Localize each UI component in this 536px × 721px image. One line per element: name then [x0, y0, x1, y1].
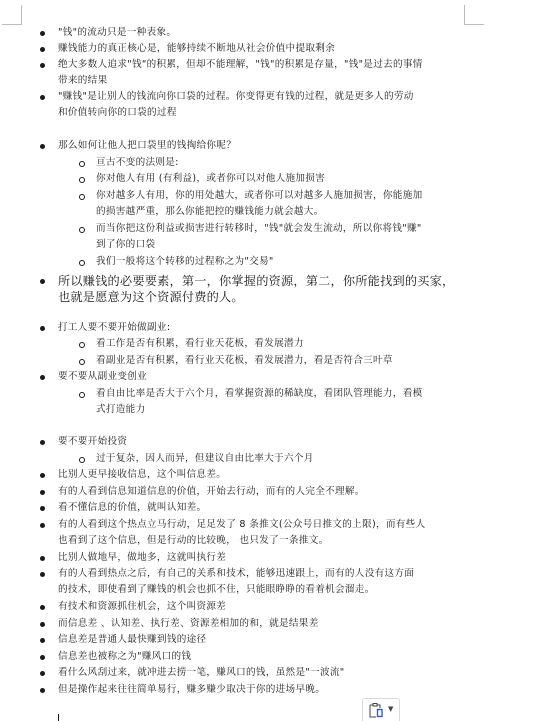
- clipboard-paste-icon: [368, 702, 386, 719]
- sub-list-item-text: 的损害越严重，那么你能把控的赚钱能力就会越大。: [96, 204, 324, 221]
- list-item-text: 和价值转向你的口袋的过程: [58, 105, 177, 122]
- bullet-icon: [40, 638, 45, 643]
- list-item-text: 带来的结果: [58, 73, 107, 90]
- sub-bullet-icon: [79, 392, 85, 398]
- list-item-text: "赚钱"是让别人的钱流向你口袋的过程。你变得更有钱的过程，就是更多人的劳动: [58, 89, 414, 106]
- text-cursor: [58, 714, 59, 721]
- sub-list-item-text: 而当你把这份利益或损害进行转移时，"钱"就会发生流动，所以你将钱"赚": [96, 221, 422, 238]
- list-item-text: 看什么风刮过来，就冲进去捞一笔，赚风口的钱，虽然是"一波流": [58, 665, 344, 682]
- list-item-text: 有技术和资源抓住机会，这个叫资源差: [58, 599, 226, 616]
- sub-list-item-text: 式打造能力: [96, 402, 145, 419]
- list-item-text: 那么如何让他人把口袋里的钱掏给你呢？: [58, 138, 236, 155]
- bullet-icon: [40, 523, 45, 528]
- bullet-icon: [40, 490, 45, 495]
- list-item-text: 绝大多数人追求"钱"的积累，但却不能理解，"钱"的积累是存量，"钱"是过去的事情: [58, 57, 423, 74]
- bullet-icon: [40, 326, 45, 331]
- bullet-icon: [40, 506, 45, 511]
- sub-list-item-text: 到了你的口袋: [96, 237, 155, 254]
- bullet-icon: [40, 556, 45, 561]
- list-item-text: 有的人看到信息知道信息的价值，开始去行动，而有的人完全不理解。: [58, 484, 365, 501]
- sub-bullet-icon: [79, 457, 85, 463]
- sub-bullet-icon: [79, 161, 85, 167]
- list-item-text: 也看到了这个信息，但是行动的比较晚， 也只发了一条推文。: [58, 533, 328, 550]
- list-item-text: 打工人要不要开始做副业:: [58, 320, 170, 337]
- list-item-text: 要不要从副业变创业: [58, 369, 147, 386]
- list-item-text: 信息差也被称之为"赚风口的钱: [58, 649, 191, 666]
- sub-list-item-text: 看自由比率是否大于六个月，看掌握资源的稀缺度，看团队管理能力，看模: [96, 386, 423, 403]
- list-item-text: 有的人看到这个热点立马行动，足足发了 8 条推文(公众号日推文的上限)，而有些人: [58, 517, 425, 534]
- bullet-icon: [40, 440, 45, 445]
- list-item-text: 但是操作起来往往简单易行，赚多赚少取决于你的进场早晚。: [58, 682, 325, 699]
- bullet-icon: [40, 655, 45, 660]
- list-item-text: "钱"的流动只是一种表象。: [58, 25, 176, 42]
- sub-bullet-icon: [79, 227, 85, 233]
- list-item-text: 而信息差 、认知差、执行差、资源差相加的和，就是结果差: [58, 616, 319, 633]
- bullet-icon: [40, 31, 45, 36]
- bullet-icon: [40, 63, 45, 68]
- sub-list-item-text: 过于复杂，因人而异，但建议自由比率大于六个月: [96, 451, 314, 468]
- bullet-icon: [40, 688, 45, 693]
- bullet-icon: [40, 473, 45, 478]
- sub-list-item-text: 看副业是否有积累，看行业天花板，看发展潜力，看是否符合三叶草: [96, 353, 393, 370]
- list-item-text: 的技术，即使看到了赚钱的机会也抓不住，只能眼睁睁的看着机会溜走。: [58, 582, 375, 599]
- bullet-icon: [40, 144, 45, 149]
- chevron-down-icon[interactable]: ▼: [388, 705, 393, 713]
- bullet-icon: [40, 279, 45, 284]
- list-item-text: 比别人更早接收信息，这个叫信息差。: [58, 467, 226, 484]
- sub-list-item-text: 你对越多人有用，你的用处越大，或者你可以对越多人施加损害，你能施加: [96, 188, 423, 205]
- bullet-icon: [40, 375, 45, 380]
- list-item-text: 看不懂信息的价值，就叫认知差。: [58, 500, 206, 517]
- list-item-text: 要不要开始投资: [58, 434, 127, 451]
- bullet-icon: [40, 671, 45, 676]
- bullet-icon: [40, 622, 45, 627]
- bullet-icon: [40, 95, 45, 100]
- list-item-text: 比别人做地早，做地多，这就叫执行差: [58, 550, 226, 567]
- bullet-icon: [40, 47, 45, 52]
- sub-bullet-icon: [79, 342, 85, 348]
- bullet-icon: [40, 572, 45, 577]
- sub-bullet-icon: [79, 359, 85, 365]
- sub-list-item-text: 亘古不变的法则是:: [96, 155, 179, 172]
- list-item-text: 有的人看到热点之后，有自己的关系和技术，能够迅速跟上，而有的人没有这方面: [58, 566, 414, 583]
- page-corner-mark-top-right: [464, 5, 484, 25]
- sub-bullet-icon: [79, 194, 85, 200]
- list-item-text: 赚钱能力的真正核心是，能够持续不断地从社会价值中提取剩余: [58, 41, 335, 58]
- sub-list-item-text: 你对他人有用 (有利益)，或者你可以对他人施加损害: [96, 171, 325, 188]
- paste-options-button[interactable]: ▼: [362, 698, 400, 721]
- sub-list-item-text: 我们一般将这个转移的过程称之为"交易": [96, 254, 274, 271]
- list-item-text: 也就是愿意为这个资源付费的人。: [58, 289, 244, 306]
- sub-bullet-icon: [79, 260, 85, 266]
- page-corner-mark-top-left: [2, 5, 22, 25]
- list-item-text: 信息差是普通人最快赚到钱的途径: [58, 632, 206, 649]
- list-item-text: 所以赚钱的必要要素，第一，你掌握的资源，第二，你所能找到的买家，: [58, 273, 454, 290]
- sub-list-item-text: 看工作是否有积累，看行业天花板，看发展潜力: [96, 336, 304, 353]
- sub-bullet-icon: [79, 177, 85, 183]
- bullet-icon: [40, 605, 45, 610]
